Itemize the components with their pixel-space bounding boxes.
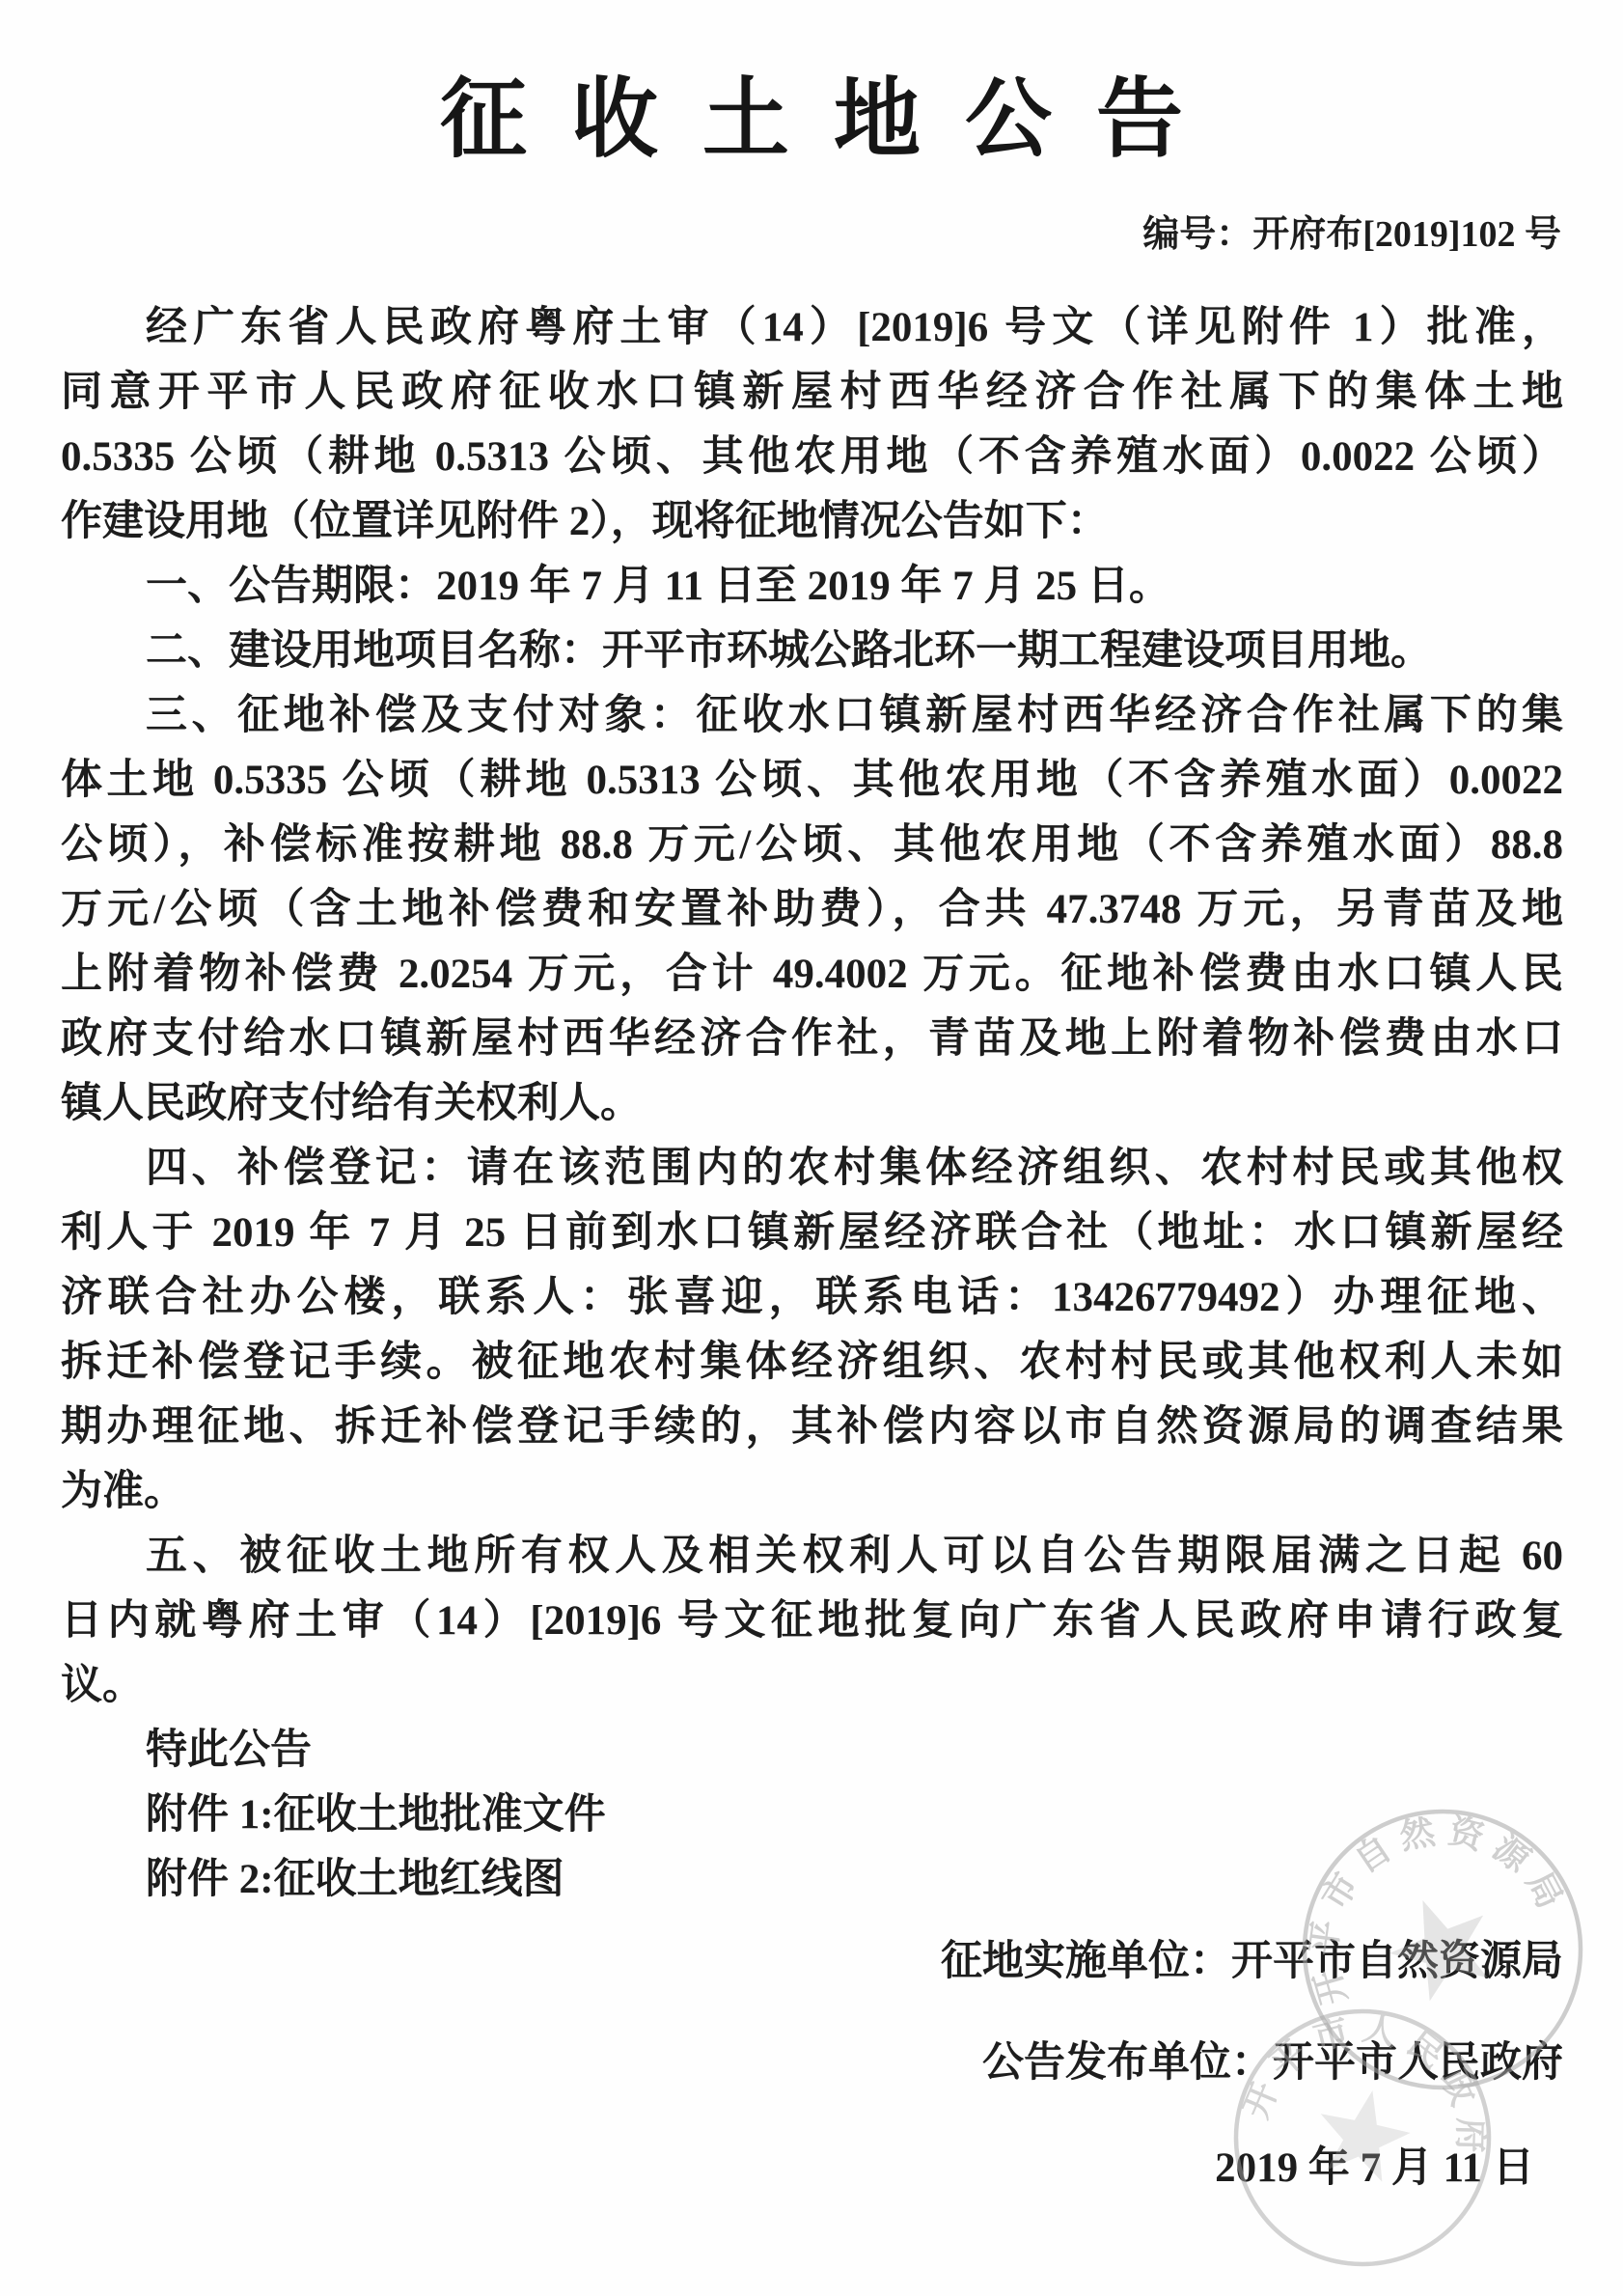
body-line: 附件 1:征收土地批准文件 — [61, 1783, 1563, 1847]
publish-unit-line: 公告发布单位：开平市人民政府 — [0, 2031, 1623, 2095]
body-line: 万元/公顷（含土地补偿费和安置补助费），合共 47.3748 万元，另青苗及地 — [61, 877, 1563, 942]
body-line: 日内就粤府土审（14）[2019]6 号文征地批复向广东省人民政府申请行政复 — [61, 1589, 1563, 1653]
page-title: 征收土地公告 — [0, 0, 1623, 174]
implement-unit-line: 征地实施单位：开平市自然资源局 — [0, 1929, 1623, 1994]
body-line: 三、征地补偿及支付对象：征收水口镇新屋村西华经济合作社属下的集 — [61, 683, 1563, 748]
body-line: 五、被征收土地所有权人及相关权利人可以自公告期限届满之日起 60 — [61, 1524, 1563, 1589]
body-line: 四、补偿登记：请在该范围内的农村集体经济组织、农村村民或其他权 — [61, 1136, 1563, 1201]
body-line: 作建设用地（位置详见附件 2），现将征地情况公告如下： — [61, 489, 1563, 554]
body-line: 体土地 0.5335 公顷（耕地 0.5313 公顷、其他农用地（不含养殖水面）… — [61, 748, 1563, 813]
body-line: 经广东省人民政府粤府土审（14）[2019]6 号文（详见附件 1）批准， — [61, 295, 1563, 360]
document-number: 编号：开府布[2019]102 号 — [0, 210, 1623, 259]
body-line: 期办理征地、拆迁补偿登记手续的，其补偿内容以市自然资源局的调查结果 — [61, 1395, 1563, 1459]
body-line: 政府支付给水口镇新屋村西华经济合作社，青苗及地上附着物补偿费由水口 — [61, 1007, 1563, 1071]
body-line: 上附着物补偿费 2.0254 万元，合计 49.4002 万元。征地补偿费由水口… — [61, 942, 1563, 1007]
body-line: 特此公告 — [61, 1718, 1563, 1783]
document-page: 征收土地公告 编号：开府布[2019]102 号 经广东省人民政府粤府土审（14… — [0, 0, 1623, 2296]
body-line: 拆迁补偿登记手续。被征地农村集体经济组织、农村村民或其他权利人未如 — [61, 1330, 1563, 1395]
body-line: 二、建设用地项目名称：开平市环城公路北环一期工程建设项目用地。 — [61, 619, 1563, 683]
body-line: 镇人民政府支付给有关权利人。 — [61, 1071, 1563, 1136]
body-line: 济联合社办公楼，联系人：张喜迎，联系电话：13426779492）办理征地、 — [61, 1265, 1563, 1330]
body-line: 为准。 — [61, 1459, 1563, 1524]
body-line: 同意开平市人民政府征收水口镇新屋村西华经济合作社属下的集体土地 — [61, 360, 1563, 425]
announcement-body: 经广东省人民政府粤府土审（14）[2019]6 号文（详见附件 1）批准，同意开… — [61, 295, 1563, 1912]
body-line: 利人于 2019 年 7 月 25 日前到水口镇新屋经济联合社（地址：水口镇新屋… — [61, 1201, 1563, 1265]
body-line: 附件 2:征收土地红线图 — [61, 1847, 1563, 1912]
issue-date: 2019 年 7 月 11 日 — [0, 2136, 1623, 2200]
body-line: 0.5335 公顷（耕地 0.5313 公顷、其他农用地（不含养殖水面）0.00… — [61, 425, 1563, 489]
body-line: 议。 — [61, 1653, 1563, 1718]
body-line: 公顷），补偿标准按耕地 88.8 万元/公顷、其他农用地（不含养殖水面）88.8 — [61, 813, 1563, 877]
body-line: 一、公告期限：2019 年 7 月 11 日至 2019 年 7 月 25 日。 — [61, 554, 1563, 619]
